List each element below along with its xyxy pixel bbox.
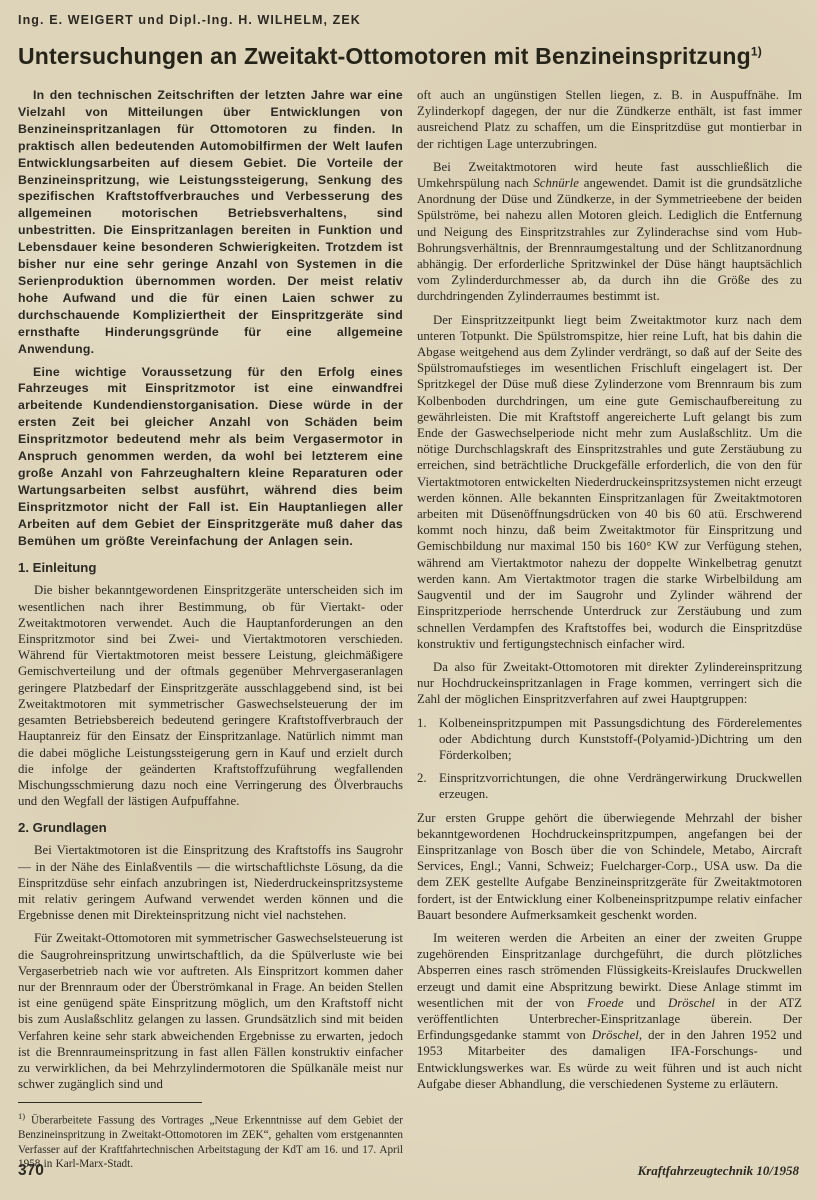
page-number: 370 — [18, 1162, 44, 1180]
paragraph: Da also für Zweitakt-Ottomotoren mit dir… — [417, 659, 802, 708]
list-item-text: Kolbeneinspritzpumpen mit Passungsdichtu… — [439, 715, 802, 764]
paragraph: Bei Zweitaktmotoren wird heute fast auss… — [417, 159, 802, 305]
title-footnote-marker: 1) — [751, 44, 762, 58]
section-heading: 1. Einleitung — [18, 560, 403, 575]
numbered-list-item: 2.Einspritzvorrichtungen, die ohne Verdr… — [417, 770, 802, 802]
article-title-text: Untersuchungen an Zweitakt-Ottomotoren m… — [18, 43, 751, 69]
lead-paragraph: In den technischen Zeitschriften der let… — [18, 87, 403, 358]
authors-line: Ing. E. WEIGERT und Dipl.-Ing. H. WILHEL… — [0, 0, 817, 27]
footnote-separator — [18, 1102, 202, 1103]
paragraph: Bei Viertaktmotoren ist die Einspritzung… — [18, 842, 403, 923]
paragraph: oft auch an ungünstigen Stellen liegen, … — [417, 87, 802, 152]
journal-page: Ing. E. WEIGERT und Dipl.-Ing. H. WILHEL… — [0, 0, 817, 1200]
list-item-text: Einspritzvorrichtungen, die ohne Verdrän… — [439, 770, 802, 802]
article-body: In den technischen Zeitschriften der let… — [0, 70, 817, 1171]
right-column-blocks: oft auch an ungünstigen Stellen liegen, … — [417, 87, 802, 1092]
paragraph: Im weiteren werden die Arbeiten an einer… — [417, 930, 802, 1092]
list-item-number: 2. — [417, 770, 439, 802]
left-column: In den technischen Zeitschriften der let… — [18, 87, 403, 1171]
page-title: Untersuchungen an Zweitakt-Ottomotoren m… — [0, 27, 817, 70]
left-column-blocks: In den technischen Zeitschriften der let… — [18, 87, 403, 1092]
numbered-list-item: 1.Kolbeneinspritzpumpen mit Passungsdich… — [417, 715, 802, 764]
paragraph: Zur ersten Gruppe gehört die überwiegend… — [417, 810, 802, 923]
right-column: oft auch an ungünstigen Stellen liegen, … — [417, 87, 802, 1099]
paragraph: Der Einspritzzeitpunkt liegt beim Zweita… — [417, 312, 802, 652]
section-heading: 2. Grundlagen — [18, 820, 403, 835]
page-footer: 370 Kraftfahrzeugtechnik 10/1958 — [18, 1162, 799, 1180]
list-item-number: 1. — [417, 715, 439, 764]
journal-name: Kraftfahrzeugtechnik 10/1958 — [638, 1163, 799, 1179]
paragraph: Die bisher bekanntgewordenen Einspritzge… — [18, 582, 403, 809]
lead-paragraph: Eine wichtige Voraussetzung für den Erfo… — [18, 364, 403, 550]
paragraph: Für Zweitakt-Ottomotoren mit symmetrisch… — [18, 930, 403, 1092]
